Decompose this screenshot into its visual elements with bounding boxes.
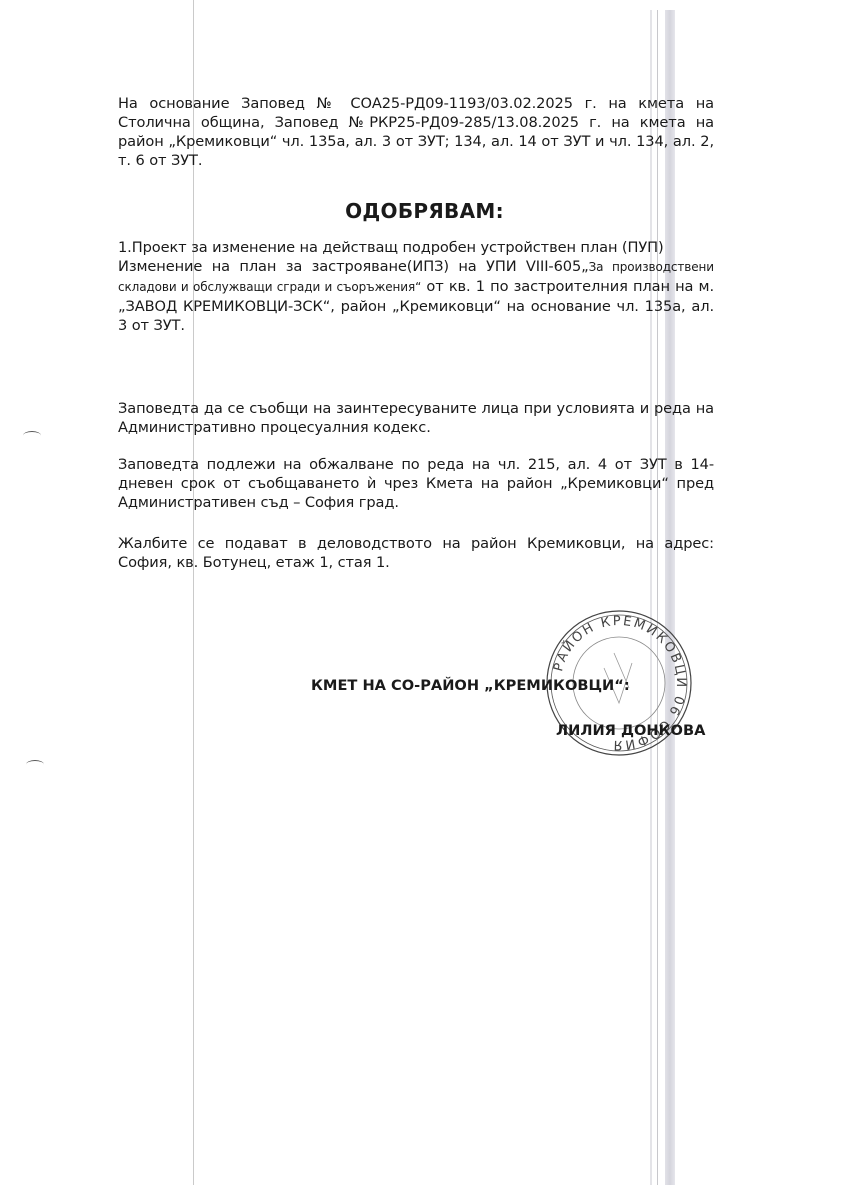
- appeal-paragraph: Заповедта подлежи на обжалване по реда н…: [118, 455, 714, 512]
- signer-title: КМЕТ НА СО-РАЙОН „КРЕМИКОВЦИ“:: [311, 677, 630, 694]
- notice-paragraph: Заповедта да се съобщи на заинтересувани…: [118, 399, 714, 437]
- item-1-title: 1.Проект за изменение на действащ подроб…: [118, 238, 714, 257]
- scan-artifact-line: [193, 0, 194, 1185]
- approval-item-1: 1.Проект за изменение на действащ подроб…: [118, 238, 714, 335]
- scan-artifact-line: [650, 10, 652, 1185]
- signer-name: ЛИЛИЯ ДОНКОВА: [556, 722, 705, 739]
- document-page: На основание Заповед № СОА25-РД09-1193/0…: [0, 0, 849, 1200]
- complaints-paragraph: Жалбите се подават в деловодството на ра…: [118, 534, 714, 572]
- approval-heading: ОДОБРЯВАМ:: [0, 199, 849, 223]
- scan-artifact-line: [657, 10, 658, 1185]
- preamble-paragraph: На основание Заповед № СОА25-РД09-1193/0…: [118, 94, 714, 170]
- item-1-text-a: Изменение на план за застрояване(ИПЗ) на…: [118, 258, 589, 275]
- hole-punch-mark: [26, 760, 44, 769]
- hole-punch-mark: [23, 431, 41, 440]
- scan-artifact-band: [665, 10, 675, 1185]
